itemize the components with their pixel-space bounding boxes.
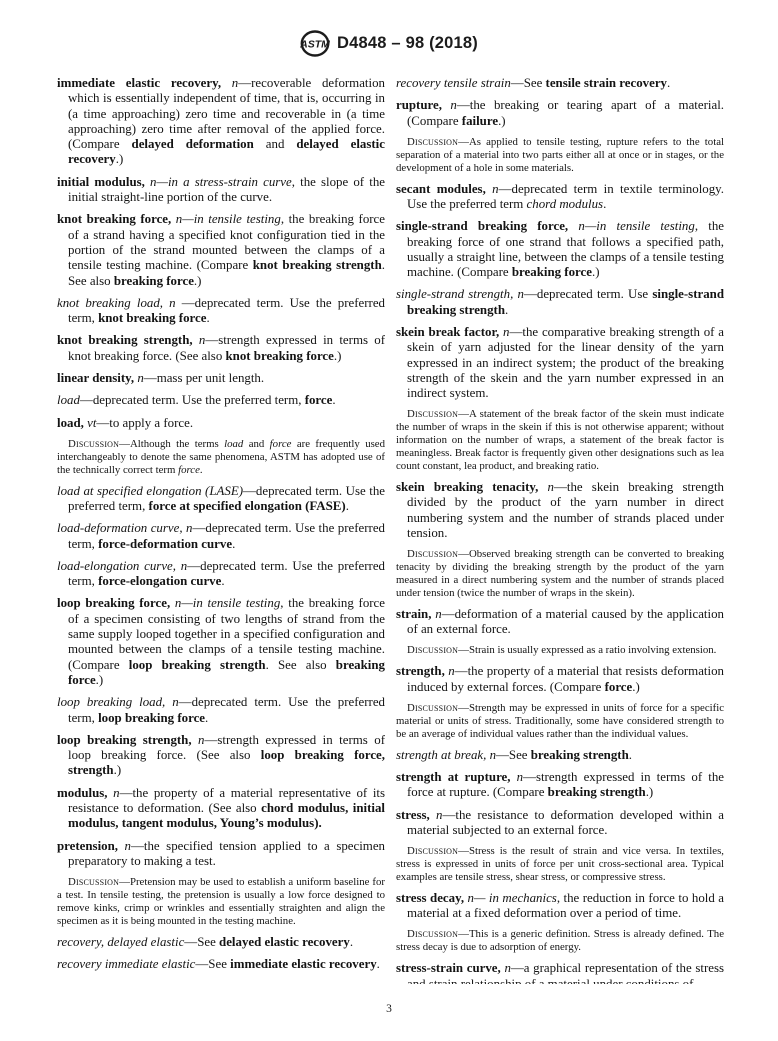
definition-entry: load-elongation curve, n—deprecated term… (57, 559, 385, 590)
definition-entry: strength at rupture, n—strength expresse… (396, 770, 724, 801)
definition-entry: knot breaking load, n —deprecated term. … (57, 296, 385, 327)
definition-entry: single-strand strength, n—deprecated ter… (396, 287, 724, 318)
discussion-paragraph: Discussion—A statement of the break fact… (396, 408, 724, 473)
astm-logo-icon: ASTM (300, 30, 330, 57)
definition-entry: secant modules, n—deprecated term in tex… (396, 182, 724, 213)
definition-entry: recovery immediate elastic—See immediate… (57, 957, 385, 972)
definition-entry: skein break factor, n—the comparative br… (396, 325, 724, 401)
definition-entry: stress, n—the resistance to deformation … (396, 808, 724, 839)
discussion-paragraph: Discussion—Observed breaking strength ca… (396, 548, 724, 600)
definition-entry: strain, n—deformation of a material caus… (396, 607, 724, 638)
column-left: immediate elastic recovery, n—recoverabl… (57, 76, 385, 984)
definition-entry: stress decay, n— in mechanics, the reduc… (396, 891, 724, 922)
definition-entry: recovery tensile strain—See tensile stra… (396, 76, 724, 91)
page-number: 3 (386, 1003, 392, 1015)
definition-entry: stress-strain curve, n—a graphical repre… (396, 961, 724, 984)
column-right: recovery tensile strain—See tensile stra… (396, 76, 724, 984)
discussion-paragraph: Discussion—Strain is usually expressed a… (396, 644, 724, 657)
definition-entry: recovery, delayed elastic—See delayed el… (57, 935, 385, 950)
document-header: ASTM D4848 – 98 (2018) (0, 30, 778, 57)
definition-entry: pretension, n—the specified tension appl… (57, 839, 385, 870)
definition-entry: loop breaking strength, n—strength expre… (57, 733, 385, 779)
page-footer: 3 (0, 1003, 778, 1015)
definition-entry: knot breaking strength, n—strength expre… (57, 333, 385, 364)
definition-entry: load, vt—to apply a force. (57, 416, 385, 431)
document-page: ASTM D4848 – 98 (2018) immediate elastic… (0, 0, 778, 1041)
definition-entry: linear density, n—mass per unit length. (57, 371, 385, 386)
discussion-paragraph: Discussion—Strength may be expressed in … (396, 702, 724, 741)
definition-entry: loop breaking load, n—deprecated term. U… (57, 695, 385, 726)
discussion-paragraph: Discussion—Stress is the result of strai… (396, 845, 724, 884)
definition-entry: skein breaking tenacity, n—the skein bre… (396, 480, 724, 541)
discussion-paragraph: Discussion—As applied to tensile testing… (396, 136, 724, 175)
discussion-paragraph: Discussion—Although the terms load and f… (57, 438, 385, 477)
definition-entry: initial modulus, n—in a stress-strain cu… (57, 175, 385, 206)
svg-text:ASTM: ASTM (300, 39, 330, 51)
definition-entry: strength at break, n—See breaking streng… (396, 748, 724, 763)
standard-designation: D4848 – 98 (2018) (337, 34, 478, 53)
definition-entry: knot breaking force, n—in tensile testin… (57, 212, 385, 288)
definition-entry: rupture, n—the breaking or tearing apart… (396, 98, 724, 129)
definition-entry: immediate elastic recovery, n—recoverabl… (57, 76, 385, 168)
discussion-paragraph: Discussion—Pretension may be used to est… (57, 876, 385, 928)
definition-entry: load-deformation curve, n—deprecated ter… (57, 521, 385, 552)
definition-entry: strength, n—the property of a material t… (396, 664, 724, 695)
definition-entry: single-strand breaking force, n—in tensi… (396, 219, 724, 280)
definition-entry: load at specified elongation (LASE)—depr… (57, 484, 385, 515)
definition-entry: load—deprecated term. Use the preferred … (57, 393, 385, 408)
definition-entry: modulus, n—the property of a material re… (57, 786, 385, 832)
definition-entry: loop breaking force, n—in tensile testin… (57, 596, 385, 688)
discussion-paragraph: Discussion—This is a generic definition.… (396, 928, 724, 954)
